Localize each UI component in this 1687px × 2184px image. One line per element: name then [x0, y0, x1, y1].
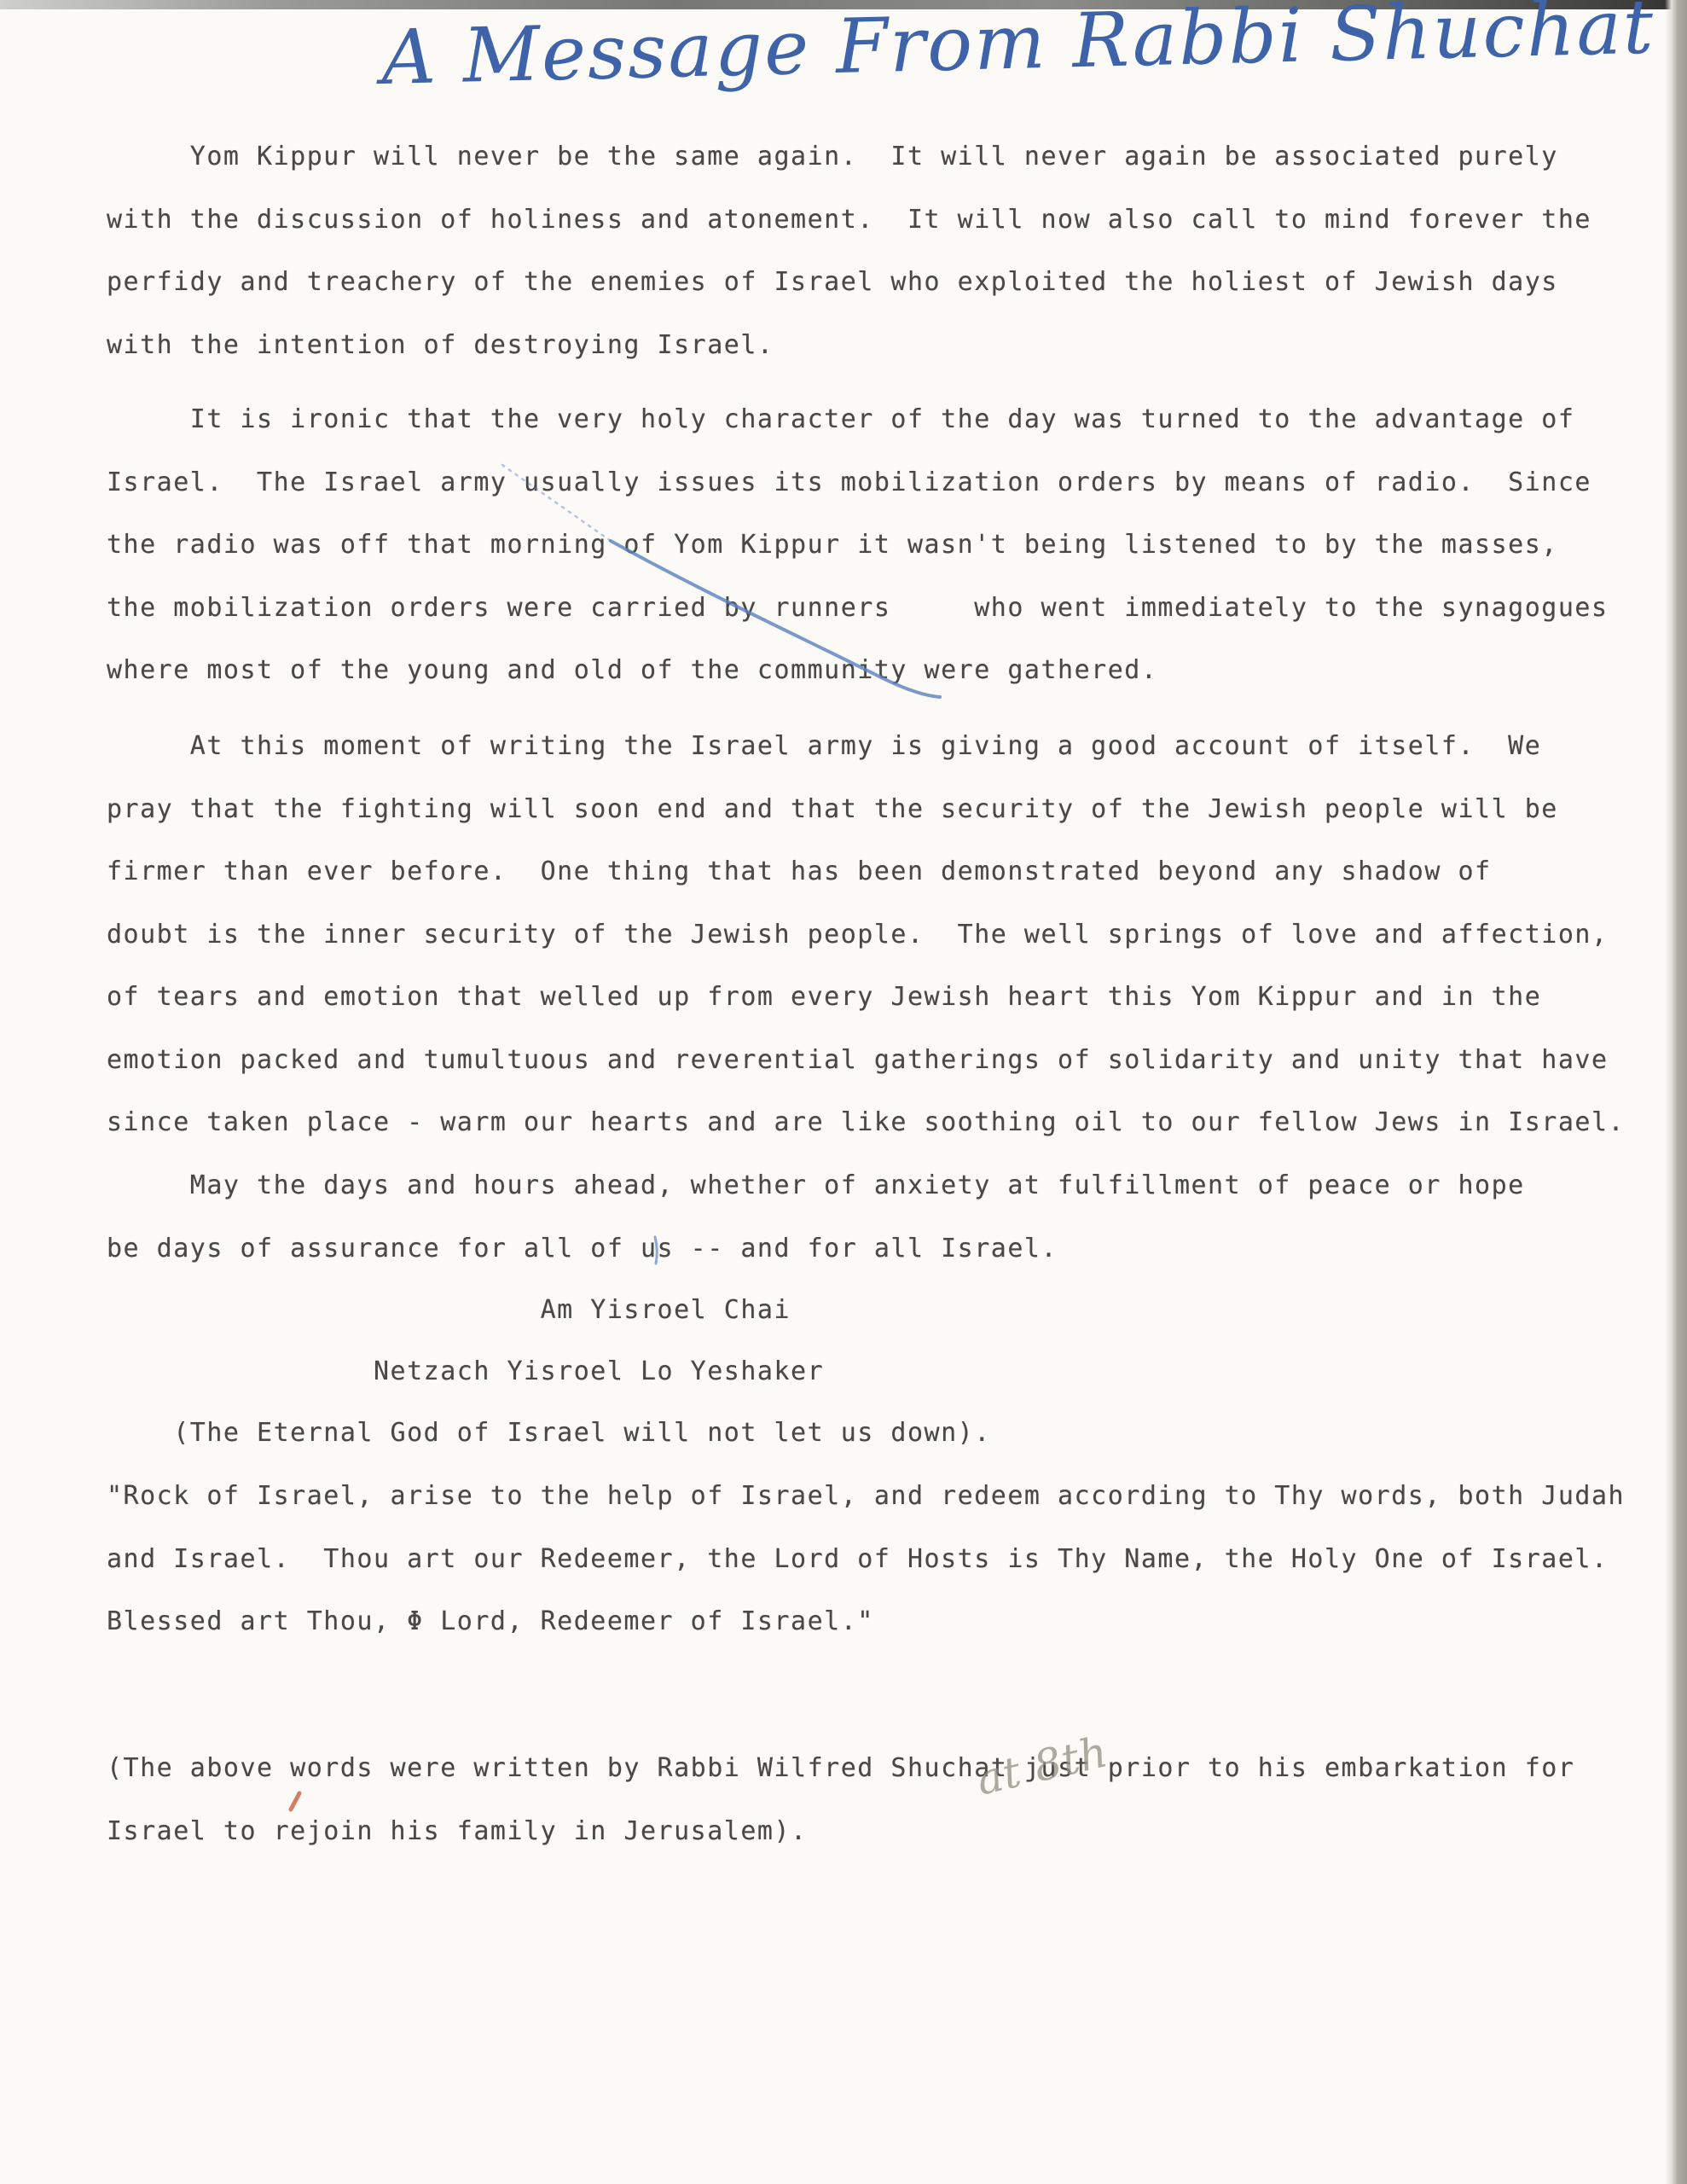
typed-line: where most of the young and old of the c…	[107, 639, 1633, 702]
typed-line-netzach: Netzach Yisroel Lo Yeshaker	[107, 1340, 1633, 1403]
typed-line: be days of assurance for all of us -- an…	[107, 1217, 1633, 1281]
typed-paragraph-quote: "Rock of Israel, arise to the help of Is…	[107, 1465, 1633, 1653]
typed-line: emotion packed and tumultuous and revere…	[107, 1029, 1633, 1092]
typed-line: (The above words were written by Rabbi W…	[107, 1737, 1633, 1800]
typed-line: At this moment of writing the Israel arm…	[107, 715, 1633, 778]
typed-line: Blessed art Thou, Φ Lord, Redeemer of Is…	[107, 1590, 1633, 1653]
typed-line: Am Yisroel Chai	[107, 1279, 1633, 1342]
typed-line: with the intention of destroying Israel.	[107, 314, 1633, 377]
typed-line: perfidy and treachery of the enemies of …	[107, 251, 1633, 314]
typed-line: Yom Kippur will never be the same again.…	[107, 125, 1633, 189]
typed-line: the radio was off that morning of Yom Ki…	[107, 514, 1633, 577]
typed-line: firmer than ever before. One thing that …	[107, 840, 1633, 903]
typed-line: doubt is the inner security of the Jewis…	[107, 903, 1633, 967]
typed-line: Netzach Yisroel Lo Yeshaker	[107, 1340, 1633, 1403]
typed-line: It is ironic that the very holy characte…	[107, 388, 1633, 451]
typed-paragraph-3: At this moment of writing the Israel arm…	[107, 715, 1633, 1154]
typed-line: with the discussion of holiness and aton…	[107, 189, 1633, 252]
typed-line: Israel to rejoin his family in Jerusalem…	[107, 1800, 1633, 1863]
handwritten-title: A Message From Rabbi Shuchat	[374, 0, 1655, 102]
typed-line: the mobilization orders were carried by …	[107, 577, 1633, 640]
scan-edge-right	[1665, 0, 1687, 2184]
typed-line: since taken place - warm our hearts and …	[107, 1091, 1633, 1154]
typed-line-eternal-god: (The Eternal God of Israel will not let …	[107, 1402, 1633, 1465]
typed-line: May the days and hours ahead, whether of…	[107, 1154, 1633, 1217]
typed-paragraph-4: May the days and hours ahead, whether of…	[107, 1154, 1633, 1280]
typed-line: and Israel. Thou art our Redeemer, the L…	[107, 1528, 1633, 1591]
scan-edge-top	[0, 0, 1687, 9]
typed-paragraph-1: Yom Kippur will never be the same again.…	[107, 125, 1633, 376]
typed-line: pray that the fighting will soon end and…	[107, 778, 1633, 841]
scanned-letter-page: Yom Kippur will never be the same again.…	[0, 0, 1687, 2184]
typed-line: Israel. The Israel army usually issues i…	[107, 451, 1633, 514]
typed-paragraph-2: It is ironic that the very holy characte…	[107, 388, 1633, 702]
typed-line: "Rock of Israel, arise to the help of Is…	[107, 1465, 1633, 1528]
typed-paragraph-closing: (The above words were written by Rabbi W…	[107, 1737, 1633, 1862]
typed-line: of tears and emotion that welled up from…	[107, 966, 1633, 1029]
typed-line-am-yisroel: Am Yisroel Chai	[107, 1279, 1633, 1342]
typed-line: (The Eternal God of Israel will not let …	[107, 1402, 1633, 1465]
